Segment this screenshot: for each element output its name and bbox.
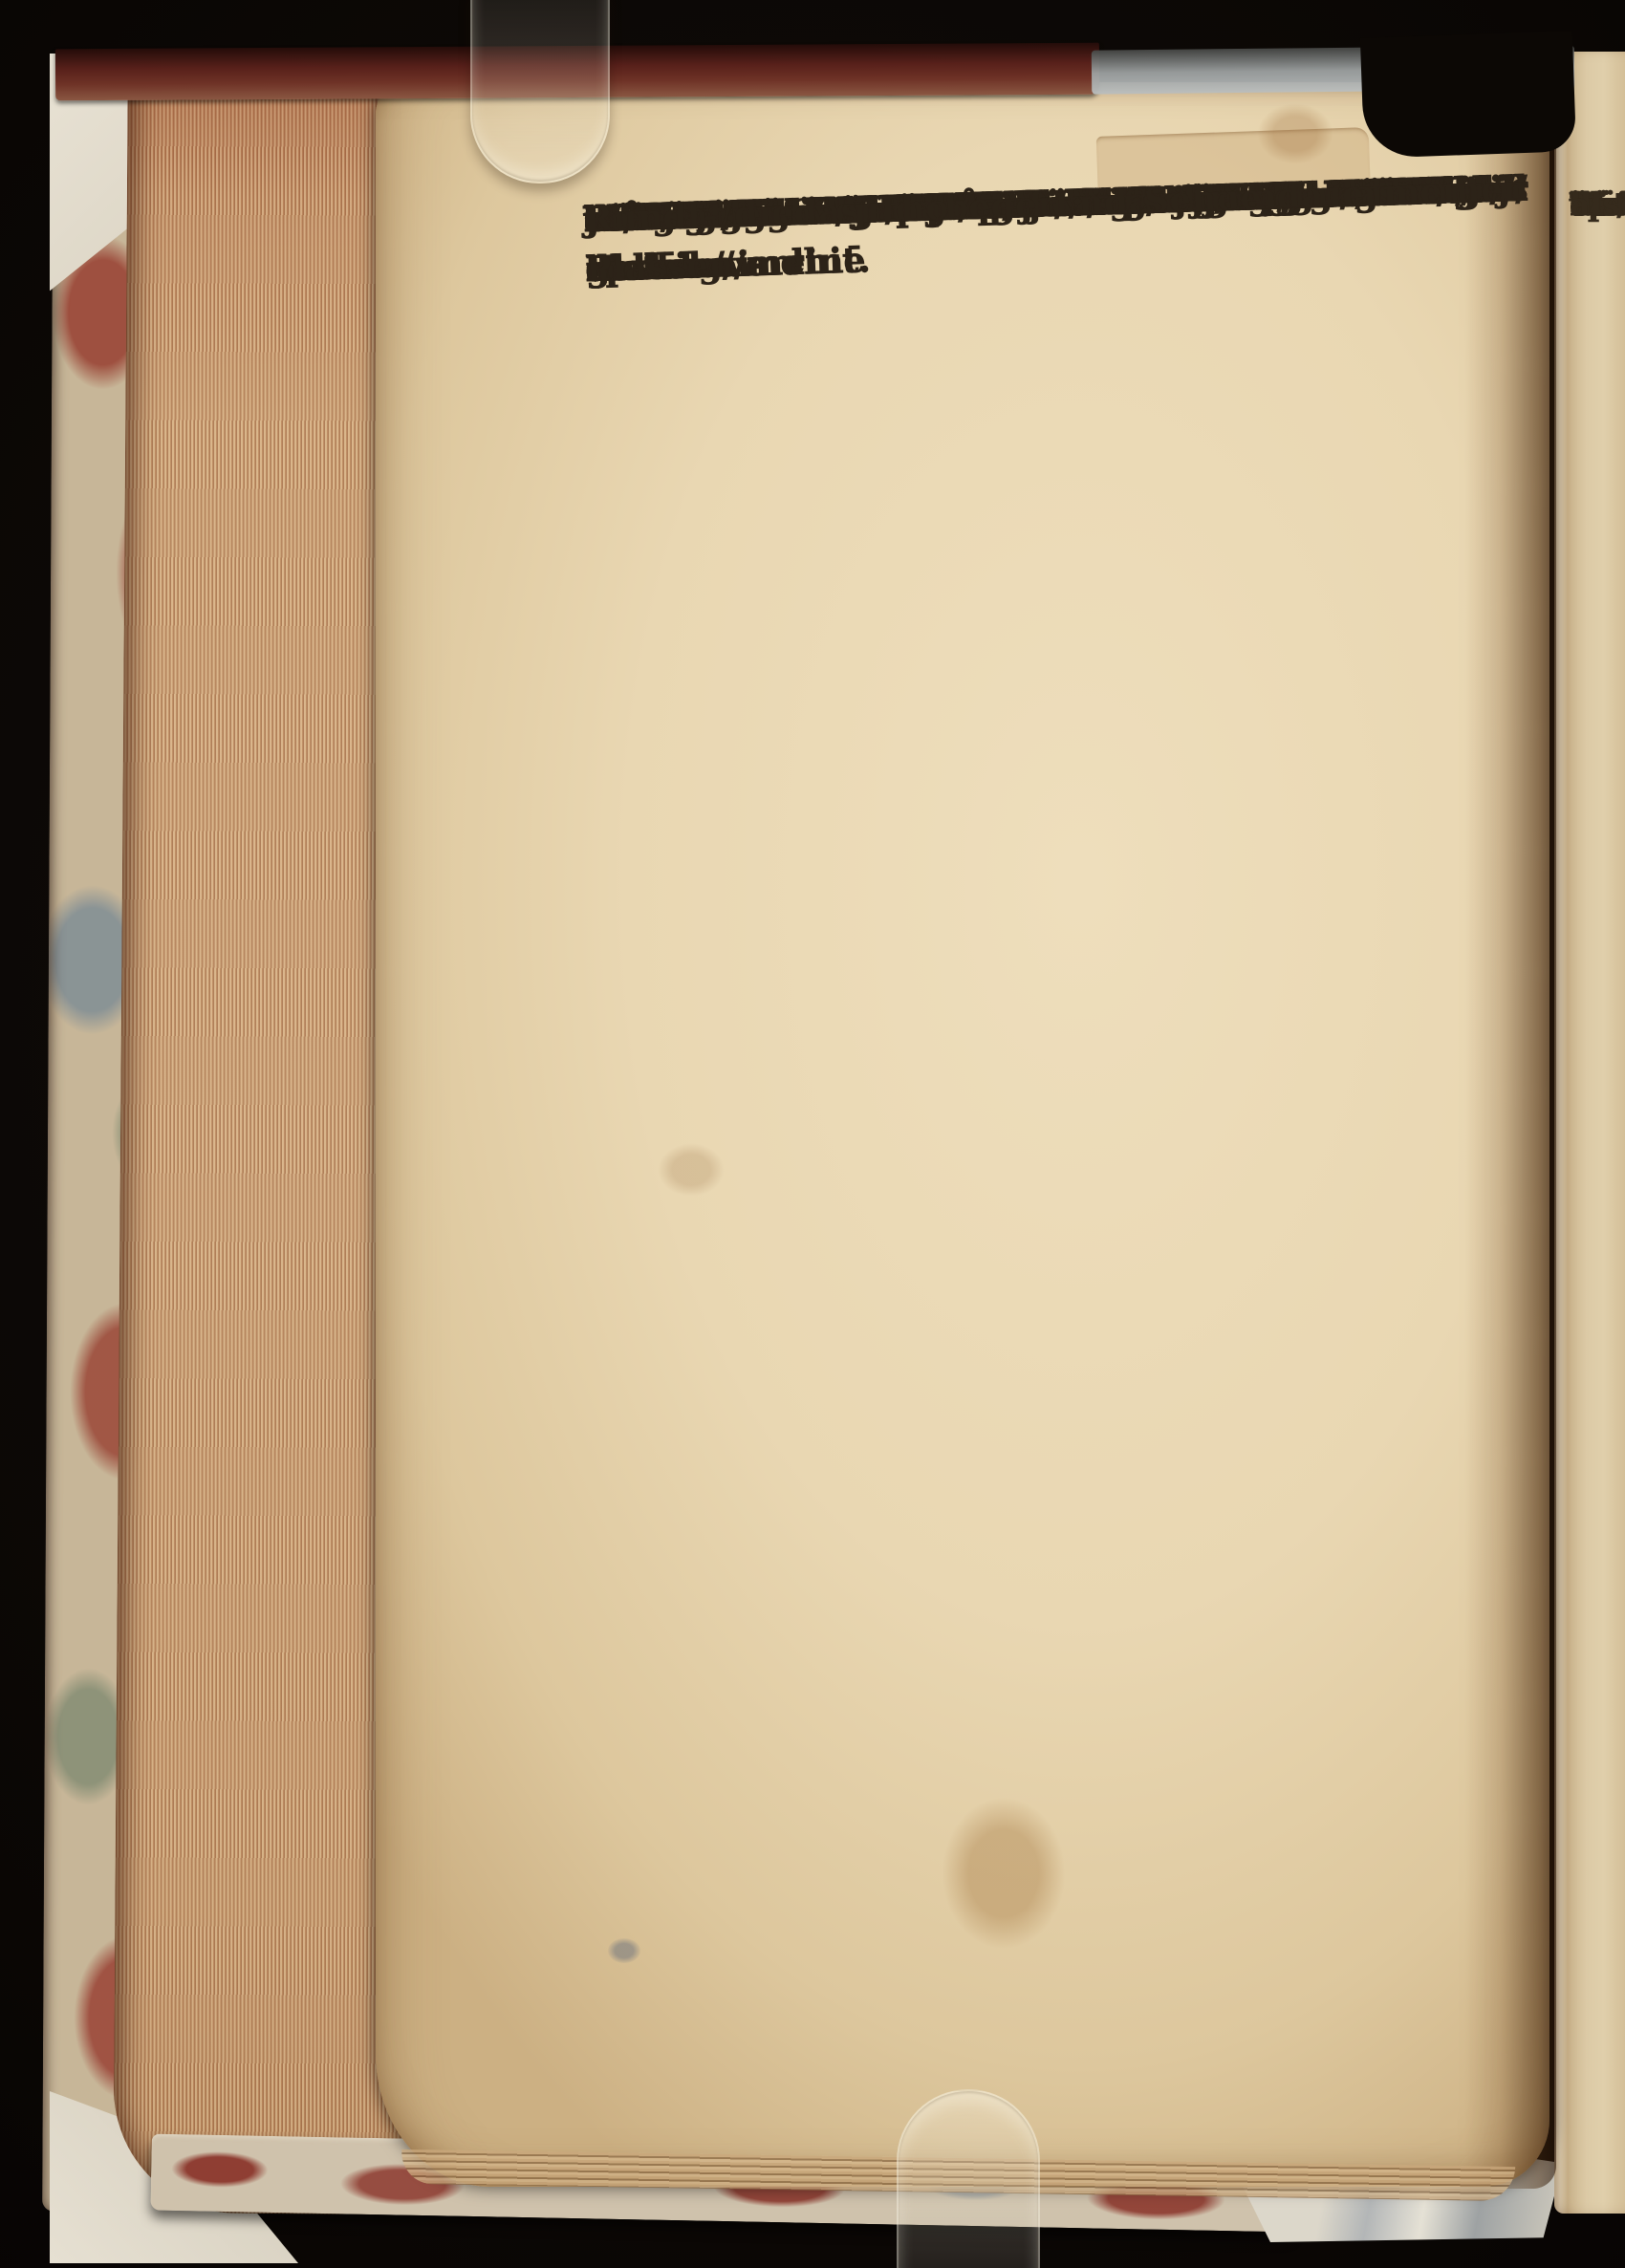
paper-stain	[1257, 103, 1333, 164]
book-scan-photo: RundRutschnach asprachHengkaufelin/aNemd…	[0, 0, 1625, 2268]
sliver-line-33: also sch	[1570, 179, 1625, 229]
black-drape	[1360, 31, 1576, 159]
gutter-shadow	[1464, 75, 1556, 2189]
ink-smudge	[608, 1938, 640, 1963]
transparent-strap-top	[470, 0, 610, 184]
text-line-34: Rundt-	[583, 190, 728, 245]
transparent-strap-bottom	[897, 2089, 1040, 2268]
next-page-edge	[1554, 52, 1625, 2214]
paper-stain	[658, 1143, 725, 1197]
paper-stain	[942, 1797, 1066, 1950]
